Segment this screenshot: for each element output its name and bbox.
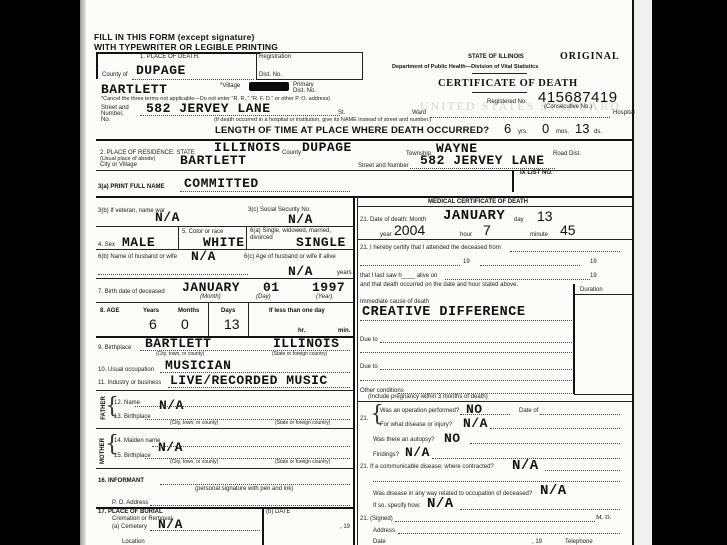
page-right-margin xyxy=(632,0,652,545)
department-label: Department of Public Health—Division of … xyxy=(392,64,538,70)
age-years-label: Years xyxy=(143,308,159,314)
spouse-age-value: N/A xyxy=(288,264,313,279)
operation-label: Was an operation performed? xyxy=(380,408,459,414)
signed-date-label: Date xyxy=(373,539,386,545)
signer-address-label: Address xyxy=(373,528,395,534)
age-months-label: Months xyxy=(178,308,199,314)
sex-label: 4. Sex xyxy=(98,242,115,248)
certify-from-19: 19 xyxy=(463,259,470,265)
residence-city-label: City or Village xyxy=(100,162,137,168)
residence-street-label: Street and Number xyxy=(358,163,409,169)
st-label: St. xyxy=(338,110,345,116)
death-street-value: 582 JERVEY LANE xyxy=(146,101,271,116)
residence-county-value: DUPAGE xyxy=(302,140,352,155)
residence-county-label: County xyxy=(282,150,301,156)
occupation-related-value: N/A xyxy=(540,483,567,499)
specify-value: N/A xyxy=(427,496,454,512)
registration-label: Registration xyxy=(259,54,291,60)
hospital-note: (If death occurred in a hospital or inst… xyxy=(214,117,431,123)
operation-item-number: 21. xyxy=(360,416,368,422)
instructions-line-2: WITH TYPEWRITER OR LEGIBLE PRINTING xyxy=(94,42,278,52)
birthplace-city-caption: (City, town, or county) xyxy=(156,351,204,357)
page-edge-shadow xyxy=(80,0,86,545)
spouse-age-label: 6(c) Age of husband or wife if alive xyxy=(244,254,336,260)
disease-value: N/A xyxy=(463,416,488,431)
residence-city-value: BARTLETT xyxy=(180,153,246,168)
death-day-value: 13 xyxy=(537,208,553,224)
dist-no-label: Dist. No. xyxy=(259,72,282,78)
birth-year-value: 1997 xyxy=(312,280,345,295)
spouse-age-years-label: years xyxy=(337,270,352,276)
length-days-value: 13 xyxy=(575,121,589,136)
father-state-caption: (State or foreign country) xyxy=(275,420,330,426)
min-label: min. xyxy=(338,328,350,334)
consecutive-label: (Consecutive No.) xyxy=(544,104,592,110)
burial-date-label: (b) DATE xyxy=(266,509,291,515)
age-months-value: 0 xyxy=(181,316,189,332)
death-day-label: day xyxy=(514,217,524,223)
telephone-label: Telephone xyxy=(565,539,593,545)
industry-value: LIVE/RECORDED MUSIC xyxy=(170,373,328,388)
marital-value: SINGLE xyxy=(296,235,346,250)
burial-label: 17. PLACE OF BURIAL xyxy=(98,509,163,515)
death-hour-label: hour xyxy=(460,232,472,238)
yrs-label: yrs. xyxy=(518,129,528,135)
medical-header: MEDICAL CERTIFICATE OF DEATH xyxy=(428,199,528,205)
birthplace-label: 9. Birthplace xyxy=(98,345,131,351)
county-label: County of xyxy=(102,72,128,78)
operation-date-label: Date of xyxy=(519,408,538,414)
informant-label: 16. INFORMANT xyxy=(98,478,144,484)
mos-label: mos. xyxy=(556,129,569,135)
instructions-line-1: FILL IN THIS FORM (except signature) xyxy=(94,32,255,42)
mother-name-label: 14. Maiden name xyxy=(114,438,160,444)
death-occurred-label: and that death occurred on the date and … xyxy=(360,282,518,288)
death-year-value: 2004 xyxy=(394,222,425,238)
mother-name-value: N/A xyxy=(158,440,183,455)
md-label: M. D. xyxy=(596,514,611,521)
original-label: ORIGINAL xyxy=(560,51,620,62)
cemetery-label: (a) Cemetery xyxy=(112,524,147,530)
full-name-value: COMMITTED xyxy=(184,176,259,191)
due-to-1-label: Due to xyxy=(360,337,378,343)
burial-year-label: , 19 xyxy=(340,524,350,530)
death-minute-label: minute xyxy=(530,232,548,238)
specify-label: If so, specify how: xyxy=(373,503,421,509)
burial-location-label: Location xyxy=(122,539,145,545)
last-saw-19: 19 xyxy=(590,273,597,279)
duration-label: Duration xyxy=(580,287,603,293)
hospital-label: Hospital xyxy=(613,110,635,116)
street-label: Street and Number, No. xyxy=(101,105,129,123)
disease-label: For what disease or injury? xyxy=(380,422,452,428)
birthplace-state-caption: (State or foreign country) xyxy=(272,351,327,357)
county-value: DUPAGE xyxy=(136,63,186,78)
ward-label: Ward xyxy=(412,110,426,116)
occupation-value: MUSICIAN xyxy=(165,358,231,373)
certify-label: 21. I hereby certify that I attended the… xyxy=(360,245,501,251)
year-caption: (Year) xyxy=(316,294,332,300)
mother-city-caption: (City, town, or county) xyxy=(170,459,218,465)
age-days-value: 13 xyxy=(224,316,240,332)
findings-label: Findings? xyxy=(373,452,399,458)
ds-label: ds. xyxy=(594,129,602,135)
death-minute-value: 45 xyxy=(560,222,576,238)
age-days-label: Days xyxy=(221,308,235,314)
birth-date-label: 7. Birth date of deceased xyxy=(98,289,165,295)
informant-address-label: P. O. Address xyxy=(112,500,148,506)
birthplace-state-value: ILLINOIS xyxy=(273,336,339,351)
day-caption: (Day) xyxy=(256,294,271,300)
length-at-place-label: LENGTH OF TIME AT PLACE WHERE DEATH OCCU… xyxy=(215,125,489,136)
signed-date-19: , 19 xyxy=(532,539,542,545)
age-years-value: 6 xyxy=(149,316,157,332)
length-years-value: 6 xyxy=(504,121,511,136)
autopsy-value: NO xyxy=(444,431,461,446)
immediate-cause-value: CREATIVE DIFFERENCE xyxy=(362,305,525,320)
birth-month-value: JANUARY xyxy=(182,280,240,295)
road-dist-label: Road Dist. xyxy=(553,151,581,157)
occupation-label: 10. Usual occupation xyxy=(98,367,154,373)
month-caption: (Month) xyxy=(200,294,221,300)
pregnancy-note: (Include pregnancy within 3 months of de… xyxy=(368,394,488,400)
sex-value: MALE xyxy=(122,235,155,250)
primary-dist-label: Primary Dist. No. xyxy=(293,82,325,94)
village-label: *Village xyxy=(220,83,240,89)
list-no-label: IX LIST NO. xyxy=(520,170,553,176)
spouse-value: N/A xyxy=(191,249,216,264)
age-less-label: If less than one day xyxy=(269,308,325,314)
signed-label: 21. (Signed) xyxy=(360,516,393,522)
birth-day-value: 01 xyxy=(263,280,280,295)
death-month-value: JANUARY xyxy=(443,208,505,224)
communicable-label: 21. If a communicable disease; where con… xyxy=(360,464,494,470)
findings-value: N/A xyxy=(405,445,430,460)
informant-signature-caption: (personal signature with pen and ink) xyxy=(195,486,293,492)
death-hour-value: 7 xyxy=(483,222,491,238)
death-city-value: BARTLETT xyxy=(101,82,167,97)
state-label: STATE OF ILLINOIS xyxy=(468,54,524,60)
hr-label: hr. xyxy=(298,328,305,334)
birthplace-city-value: BARTLETT xyxy=(145,336,211,351)
redacted-block xyxy=(249,82,289,91)
last-saw-label: that I last saw h____ alive on xyxy=(360,273,437,279)
full-name-label: 3(a) PRINT FULL NAME xyxy=(98,184,165,190)
color-value: WHITE xyxy=(203,235,245,250)
death-year-label: year xyxy=(380,232,392,238)
father-city-caption: (City, town, or county) xyxy=(170,420,218,426)
autopsy-label: Was there an autopsy? xyxy=(373,437,434,443)
due-to-2-label: Due to xyxy=(360,364,378,370)
mother-state-caption: (State or foreign country) xyxy=(275,459,330,465)
spouse-label: 6(b) Name of husband or wife xyxy=(98,254,177,260)
age-label: 8. AGE xyxy=(100,308,119,314)
place-of-death-label: 1. PLACE OF DEATH. xyxy=(140,54,200,60)
industry-label: 11. Industry or business xyxy=(98,380,161,386)
length-months-value: 0 xyxy=(542,121,549,136)
ssn-value: N/A xyxy=(288,212,313,227)
registered-no-label: Registered No. xyxy=(487,99,527,105)
residence-street-value: 582 JERVEY LANE xyxy=(420,153,545,168)
certify-to-19: 19 xyxy=(590,259,597,265)
communicable-value: N/A xyxy=(512,458,539,474)
certificate-title: CERTIFICATE OF DEATH xyxy=(438,78,578,89)
veteran-value: N/A xyxy=(155,210,180,225)
